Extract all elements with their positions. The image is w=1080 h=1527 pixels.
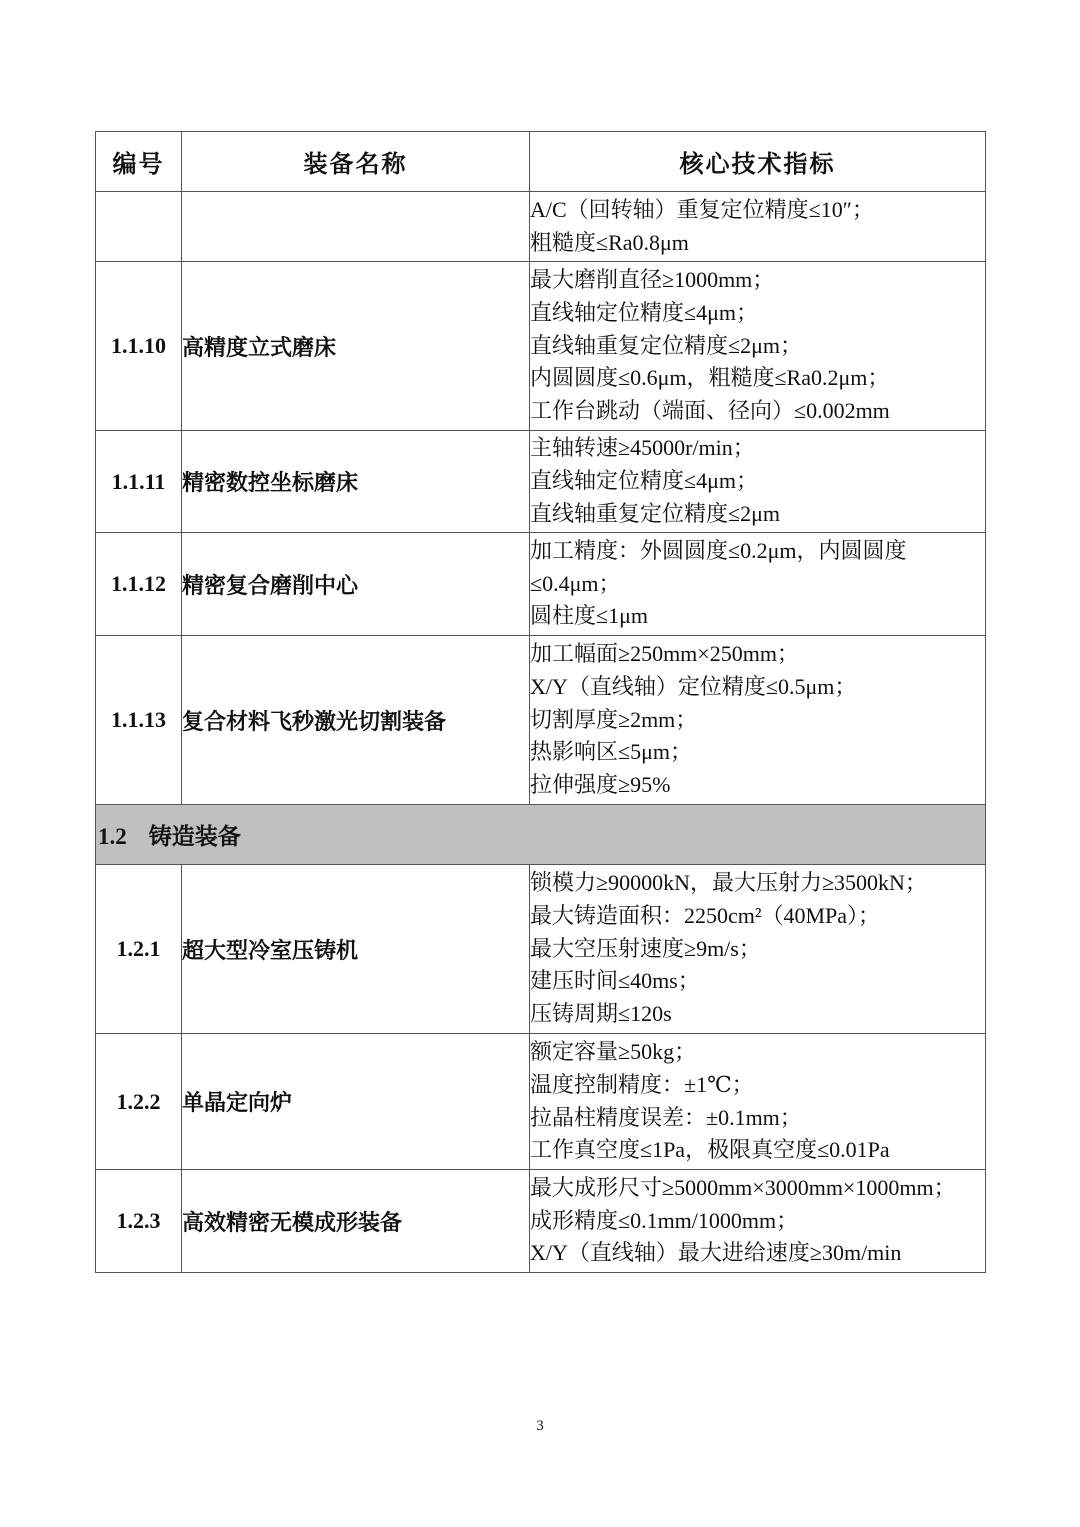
- table-row: 1.1.10高精度立式磨床最大磨削直径≥1000mm；直线轴定位精度≤4μm；直…: [96, 262, 986, 431]
- table-row: 1.2.2单晶定向炉额定容量≥50kg；温度控制精度：±1℃；拉晶柱精度误差：±…: [96, 1034, 986, 1170]
- equipment-specs: 加工幅面≥250mm×250mm；X/Y（直线轴）定位精度≤0.5μm；切割厚度…: [530, 636, 986, 805]
- equipment-specs: 最大磨削直径≥1000mm；直线轴定位精度≤4μm；直线轴重复定位精度≤2μm；…: [530, 262, 986, 431]
- spec-line: 最大空压射速度≥9m/s；: [530, 933, 985, 966]
- equipment-id: 1.2.2: [96, 1034, 182, 1170]
- spec-line: 圆柱度≤1μm: [530, 600, 985, 633]
- equipment-specs: 最大成形尺寸≥5000mm×3000mm×1000mm；成形精度≤0.1mm/1…: [530, 1170, 986, 1273]
- spec-line: 直线轴重复定位精度≤2μm: [530, 498, 985, 531]
- spec-line: 最大铸造面积：2250cm²（40MPa）；: [530, 900, 985, 933]
- spec-line: 切割厚度≥2mm；: [530, 704, 985, 737]
- header-name: 装备名称: [182, 132, 530, 192]
- spec-line: 主轴转速≥45000r/min；: [530, 432, 985, 465]
- spec-line: 工作真空度≤1Pa，极限真空度≤0.01Pa: [530, 1134, 985, 1167]
- spec-line: 锁模力≥90000kN，最大压射力≥3500kN；: [530, 867, 985, 900]
- header-id: 编号: [96, 132, 182, 192]
- spec-line: 直线轴重复定位精度≤2μm；: [530, 330, 985, 363]
- header-specs: 核心技术指标: [530, 132, 986, 192]
- equipment-specs: 额定容量≥50kg；温度控制精度：±1℃；拉晶柱精度误差：±0.1mm；工作真空…: [530, 1034, 986, 1170]
- spec-line: 成形精度≤0.1mm/1000mm；: [530, 1205, 985, 1238]
- table-row: A/C（回转轴）重复定位精度≤10″；粗糙度≤Ra0.8μm: [96, 192, 986, 262]
- table-body-casting: 1.2.1超大型冷室压铸机锁模力≥90000kN，最大压射力≥3500kN；最大…: [96, 865, 986, 1273]
- page-number: 3: [0, 1418, 1080, 1435]
- table-section: 1.2铸造装备: [96, 805, 986, 865]
- spec-line: 建压时间≤40ms；: [530, 965, 985, 998]
- spec-line: 工作台跳动（端面、径向）≤0.002mm: [530, 395, 985, 428]
- section-cell: 1.2铸造装备: [96, 805, 986, 865]
- equipment-name: 超大型冷室压铸机: [182, 865, 530, 1034]
- equipment-spec-table: 编号 装备名称 核心技术指标 A/C（回转轴）重复定位精度≤10″；粗糙度≤Ra…: [95, 131, 986, 1273]
- spec-line: 热影响区≤5μm；: [530, 736, 985, 769]
- spec-line: ≤0.4μm；: [530, 568, 985, 601]
- spec-line: 拉伸强度≥95%: [530, 769, 985, 802]
- spec-line: 加工精度：外圆圆度≤0.2μm，内圆圆度: [530, 535, 985, 568]
- equipment-id: 1.2.1: [96, 865, 182, 1034]
- spec-line: 压铸周期≤120s: [530, 998, 985, 1031]
- section-title: 铸造装备: [149, 824, 241, 850]
- equipment-id: 1.1.13: [96, 636, 182, 805]
- spec-line: 直线轴定位精度≤4μm；: [530, 297, 985, 330]
- spec-line: 最大成形尺寸≥5000mm×3000mm×1000mm；: [530, 1172, 985, 1205]
- equipment-id: 1.1.10: [96, 262, 182, 431]
- equipment-name: 精密复合磨削中心: [182, 533, 530, 636]
- equipment-name: 复合材料飞秒激光切割装备: [182, 636, 530, 805]
- spec-line: 温度控制精度：±1℃；: [530, 1069, 985, 1102]
- spec-line: 直线轴定位精度≤4μm；: [530, 465, 985, 498]
- spec-line: 拉晶柱精度误差：±0.1mm；: [530, 1102, 985, 1135]
- equipment-name: 精密数控坐标磨床: [182, 431, 530, 533]
- spec-line: 内圆圆度≤0.6μm，粗糙度≤Ra0.2μm；: [530, 362, 985, 395]
- section-row: 1.2铸造装备: [96, 805, 986, 865]
- equipment-specs: 主轴转速≥45000r/min；直线轴定位精度≤4μm；直线轴重复定位精度≤2μ…: [530, 431, 986, 533]
- equipment-name: [182, 192, 530, 262]
- table-row: 1.1.12精密复合磨削中心加工精度：外圆圆度≤0.2μm，内圆圆度≤0.4μm…: [96, 533, 986, 636]
- table-row: 1.1.11精密数控坐标磨床主轴转速≥45000r/min；直线轴定位精度≤4μ…: [96, 431, 986, 533]
- equipment-specs: A/C（回转轴）重复定位精度≤10″；粗糙度≤Ra0.8μm: [530, 192, 986, 262]
- equipment-specs: 加工精度：外圆圆度≤0.2μm，内圆圆度≤0.4μm；圆柱度≤1μm: [530, 533, 986, 636]
- equipment-name: 单晶定向炉: [182, 1034, 530, 1170]
- spec-line: A/C（回转轴）重复定位精度≤10″；: [530, 194, 985, 227]
- table-header-row: 编号 装备名称 核心技术指标: [96, 132, 986, 192]
- equipment-name: 高效精密无模成形装备: [182, 1170, 530, 1273]
- spec-line: 额定容量≥50kg；: [530, 1036, 985, 1069]
- equipment-id: 1.1.12: [96, 533, 182, 636]
- table-row: 1.2.3高效精密无模成形装备最大成形尺寸≥5000mm×3000mm×1000…: [96, 1170, 986, 1273]
- table-row: 1.2.1超大型冷室压铸机锁模力≥90000kN，最大压射力≥3500kN；最大…: [96, 865, 986, 1034]
- table-row: 1.1.13复合材料飞秒激光切割装备加工幅面≥250mm×250mm；X/Y（直…: [96, 636, 986, 805]
- section-number: 1.2: [98, 824, 127, 849]
- equipment-id: 1.2.3: [96, 1170, 182, 1273]
- equipment-id: 1.1.11: [96, 431, 182, 533]
- spec-line: 最大磨削直径≥1000mm；: [530, 264, 985, 297]
- equipment-name: 高精度立式磨床: [182, 262, 530, 431]
- spec-line: X/Y（直线轴）最大进给速度≥30m/min: [530, 1237, 985, 1270]
- table-body-machining: A/C（回转轴）重复定位精度≤10″；粗糙度≤Ra0.8μm1.1.10高精度立…: [96, 192, 986, 805]
- spec-line: X/Y（直线轴）定位精度≤0.5μm；: [530, 671, 985, 704]
- spec-line: 加工幅面≥250mm×250mm；: [530, 638, 985, 671]
- equipment-id: [96, 192, 182, 262]
- equipment-specs: 锁模力≥90000kN，最大压射力≥3500kN；最大铸造面积：2250cm²（…: [530, 865, 986, 1034]
- spec-line: 粗糙度≤Ra0.8μm: [530, 227, 985, 260]
